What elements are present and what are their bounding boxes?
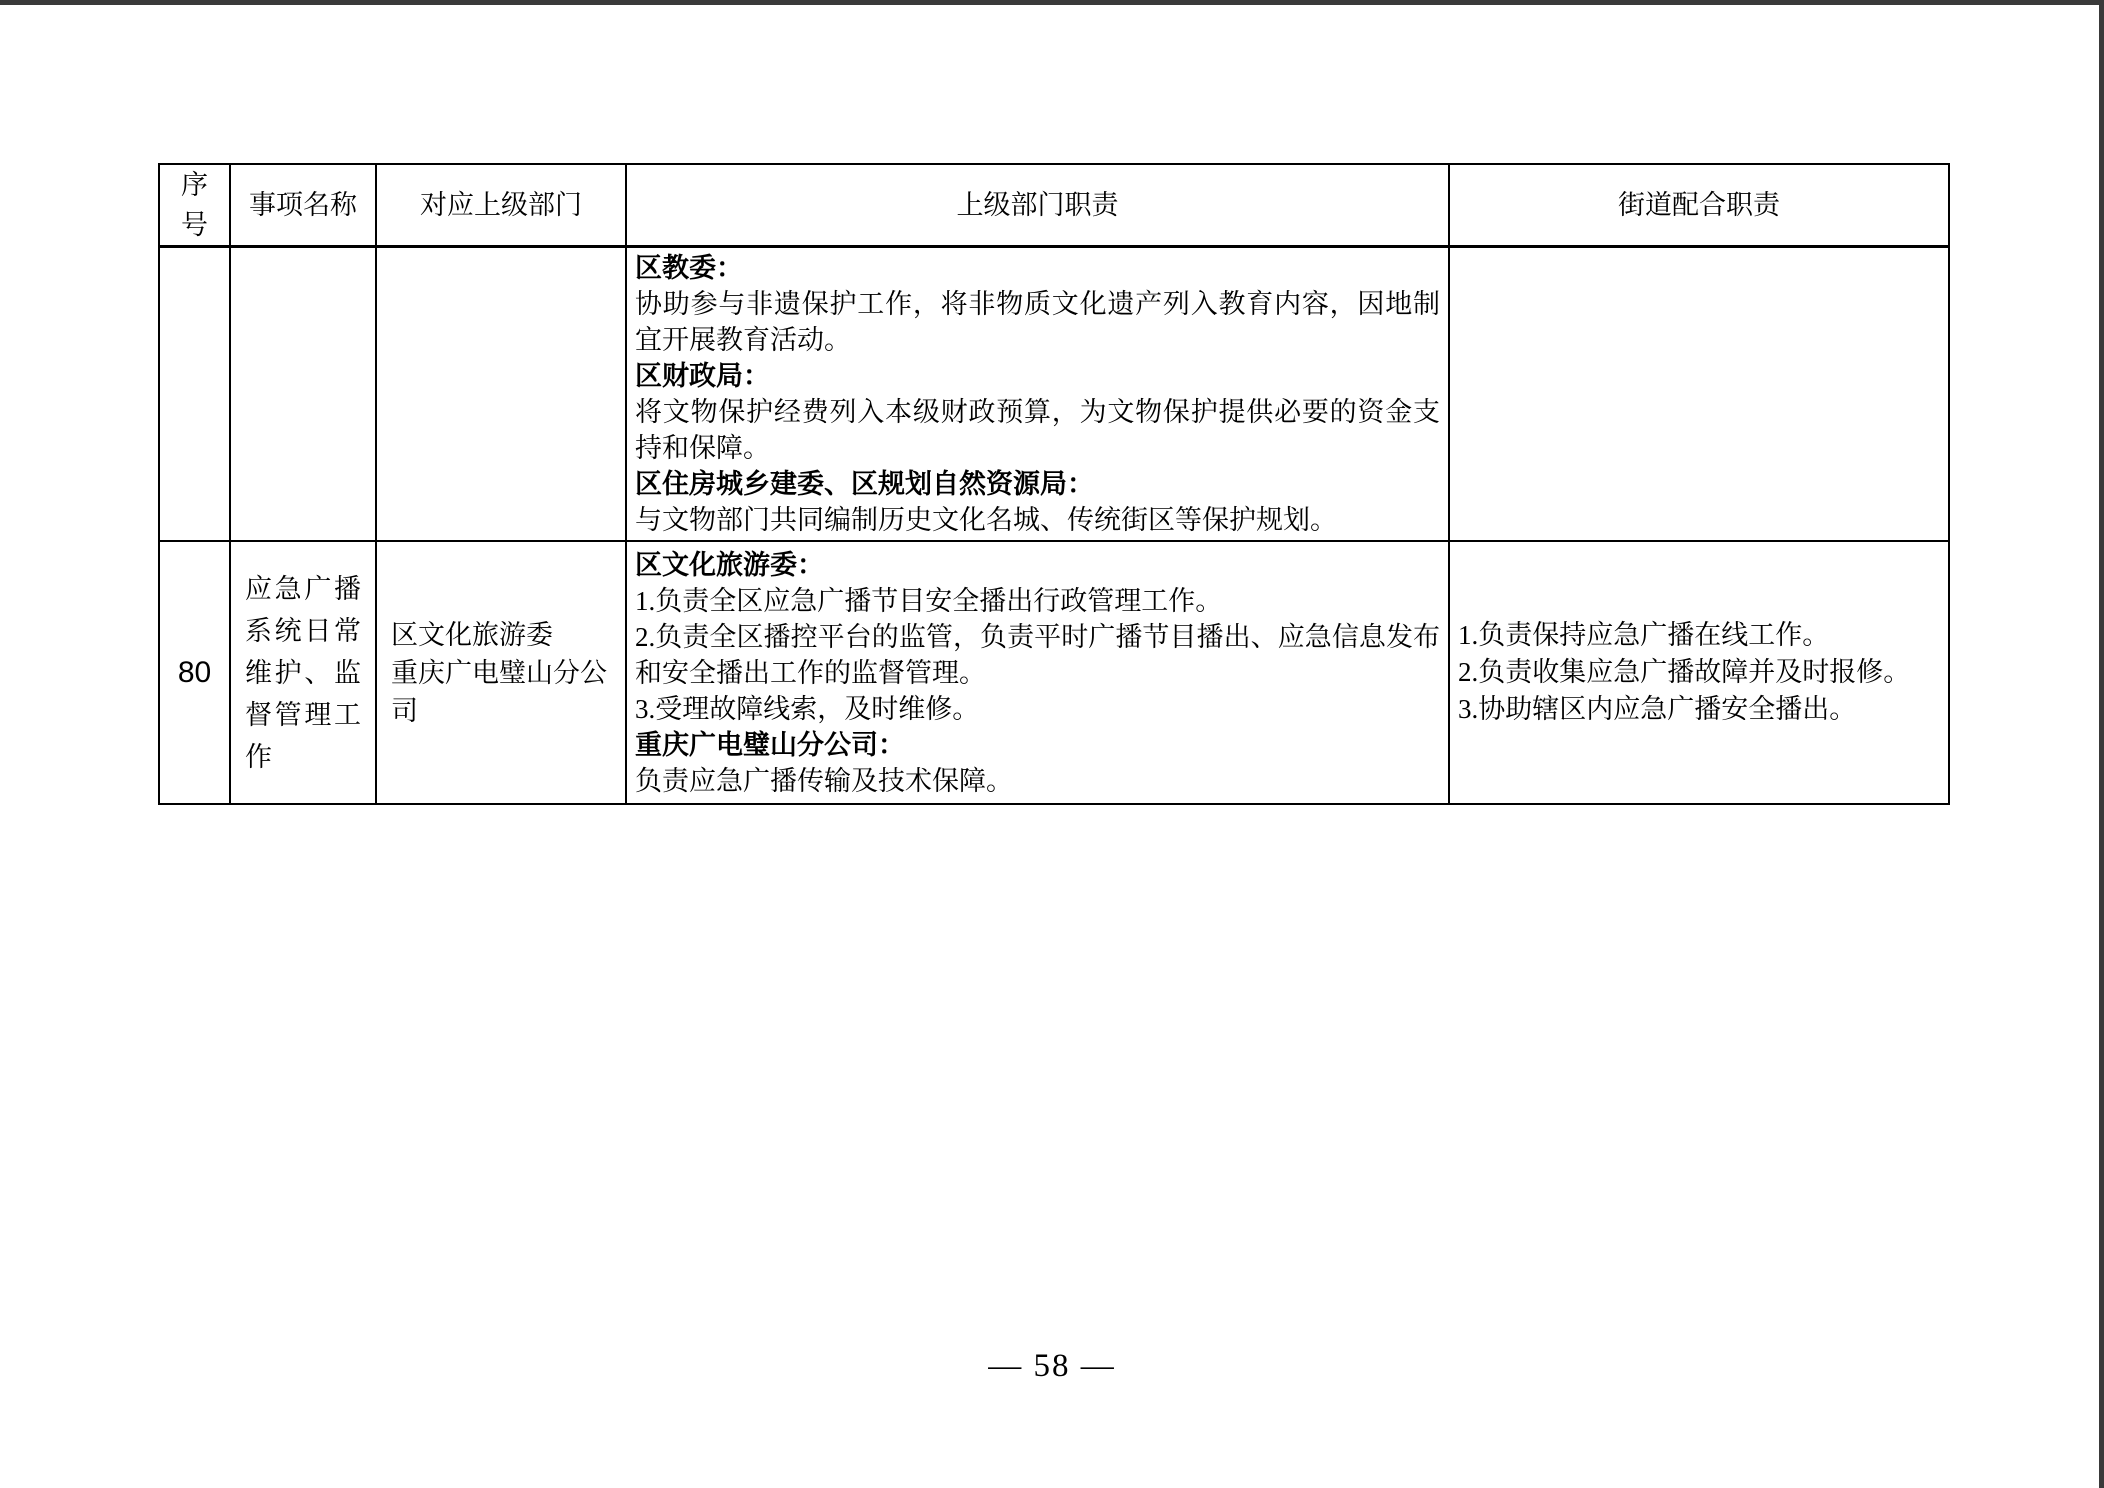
document-page: 序号 事项名称 对应上级部门 上级部门职责 街道配合职责 区教委： 协助参与非遗… [0,0,2104,1488]
duty-body: 将文物保护经费列入本级财政预算，为文物保护提供必要的资金支持和保障。 [635,394,1440,466]
table-row-continuation: 区教委： 协助参与非遗保护工作，将非物质文化遗产列入教育内容，因地制宜开展教育活… [159,247,1949,542]
cell-dept-empty [376,247,626,542]
col-header-superior-duties: 上级部门职责 [626,164,1449,247]
duty-body: 负责应急广播传输及技术保障。 [635,763,1440,799]
table-row-80: 80 应急广播系统日常维护、监督管理工作 区文化旅游委 重庆广电璧山分公司 区文… [159,541,1949,804]
cell-item-name: 应急广播系统日常维护、监督管理工作 [230,541,376,804]
col-header-street-duties: 街道配合职责 [1449,164,1949,247]
dept-line: 区文化旅游委 [391,616,617,654]
duty-body: 协助参与非遗保护工作，将非物质文化遗产列入教育内容，因地制宜开展教育活动。 [635,286,1440,358]
cell-street-duties: 1.负责保持应急广播在线工作。 2.负责收集应急广播故障并及时报修。 3.协助辖… [1449,541,1949,804]
screen-right-edge [2099,0,2104,1488]
duty-heading: 区住房城乡建委、区规划自然资源局： [635,466,1440,502]
duties-table: 序号 事项名称 对应上级部门 上级部门职责 街道配合职责 区教委： 协助参与非遗… [158,163,1950,805]
duty-body: 与文物部门共同编制历史文化名城、传统街区等保护规划。 [635,502,1440,538]
cell-seq-empty [159,247,230,542]
dept-line: 重庆广电璧山分公司 [391,654,617,730]
duty-heading: 区财政局： [635,358,1440,394]
street-duty-line: 3.协助辖区内应急广播安全播出。 [1458,691,1942,728]
item-name-text: 应急广播系统日常维护、监督管理工作 [245,568,361,778]
duty-heading: 区教委： [635,250,1440,286]
cell-superior-duties: 区教委： 协助参与非遗保护工作，将非物质文化遗产列入教育内容，因地制宜开展教育活… [626,247,1449,542]
cell-street-duties-empty [1449,247,1949,542]
duty-heading: 区文化旅游委： [635,547,1440,583]
page-number: — 58 — [0,1348,2104,1385]
cell-item-empty [230,247,376,542]
duty-body: 2.负责全区播控平台的监管，负责平时广播节目播出、应急信息发布和安全播出工作的监… [635,619,1440,691]
cell-superior-dept: 区文化旅游委 重庆广电璧山分公司 [376,541,626,804]
cell-seq-number: 80 [159,541,230,804]
table-header-row: 序号 事项名称 对应上级部门 上级部门职责 街道配合职责 [159,164,1949,247]
duty-heading: 重庆广电璧山分公司： [635,727,1440,763]
duty-body: 1.负责全区应急广播节目安全播出行政管理工作。 [635,583,1440,619]
street-duty-line: 2.负责收集应急广播故障并及时报修。 [1458,654,1942,691]
col-header-seq: 序号 [159,164,230,247]
duty-body: 3.受理故障线索，及时维修。 [635,691,1440,727]
street-duty-line: 1.负责保持应急广播在线工作。 [1458,617,1942,654]
col-header-item-name: 事项名称 [230,164,376,247]
cell-superior-duties: 区文化旅游委： 1.负责全区应急广播节目安全播出行政管理工作。 2.负责全区播控… [626,541,1449,804]
col-header-superior-dept: 对应上级部门 [376,164,626,247]
screen-top-edge [0,0,2104,5]
